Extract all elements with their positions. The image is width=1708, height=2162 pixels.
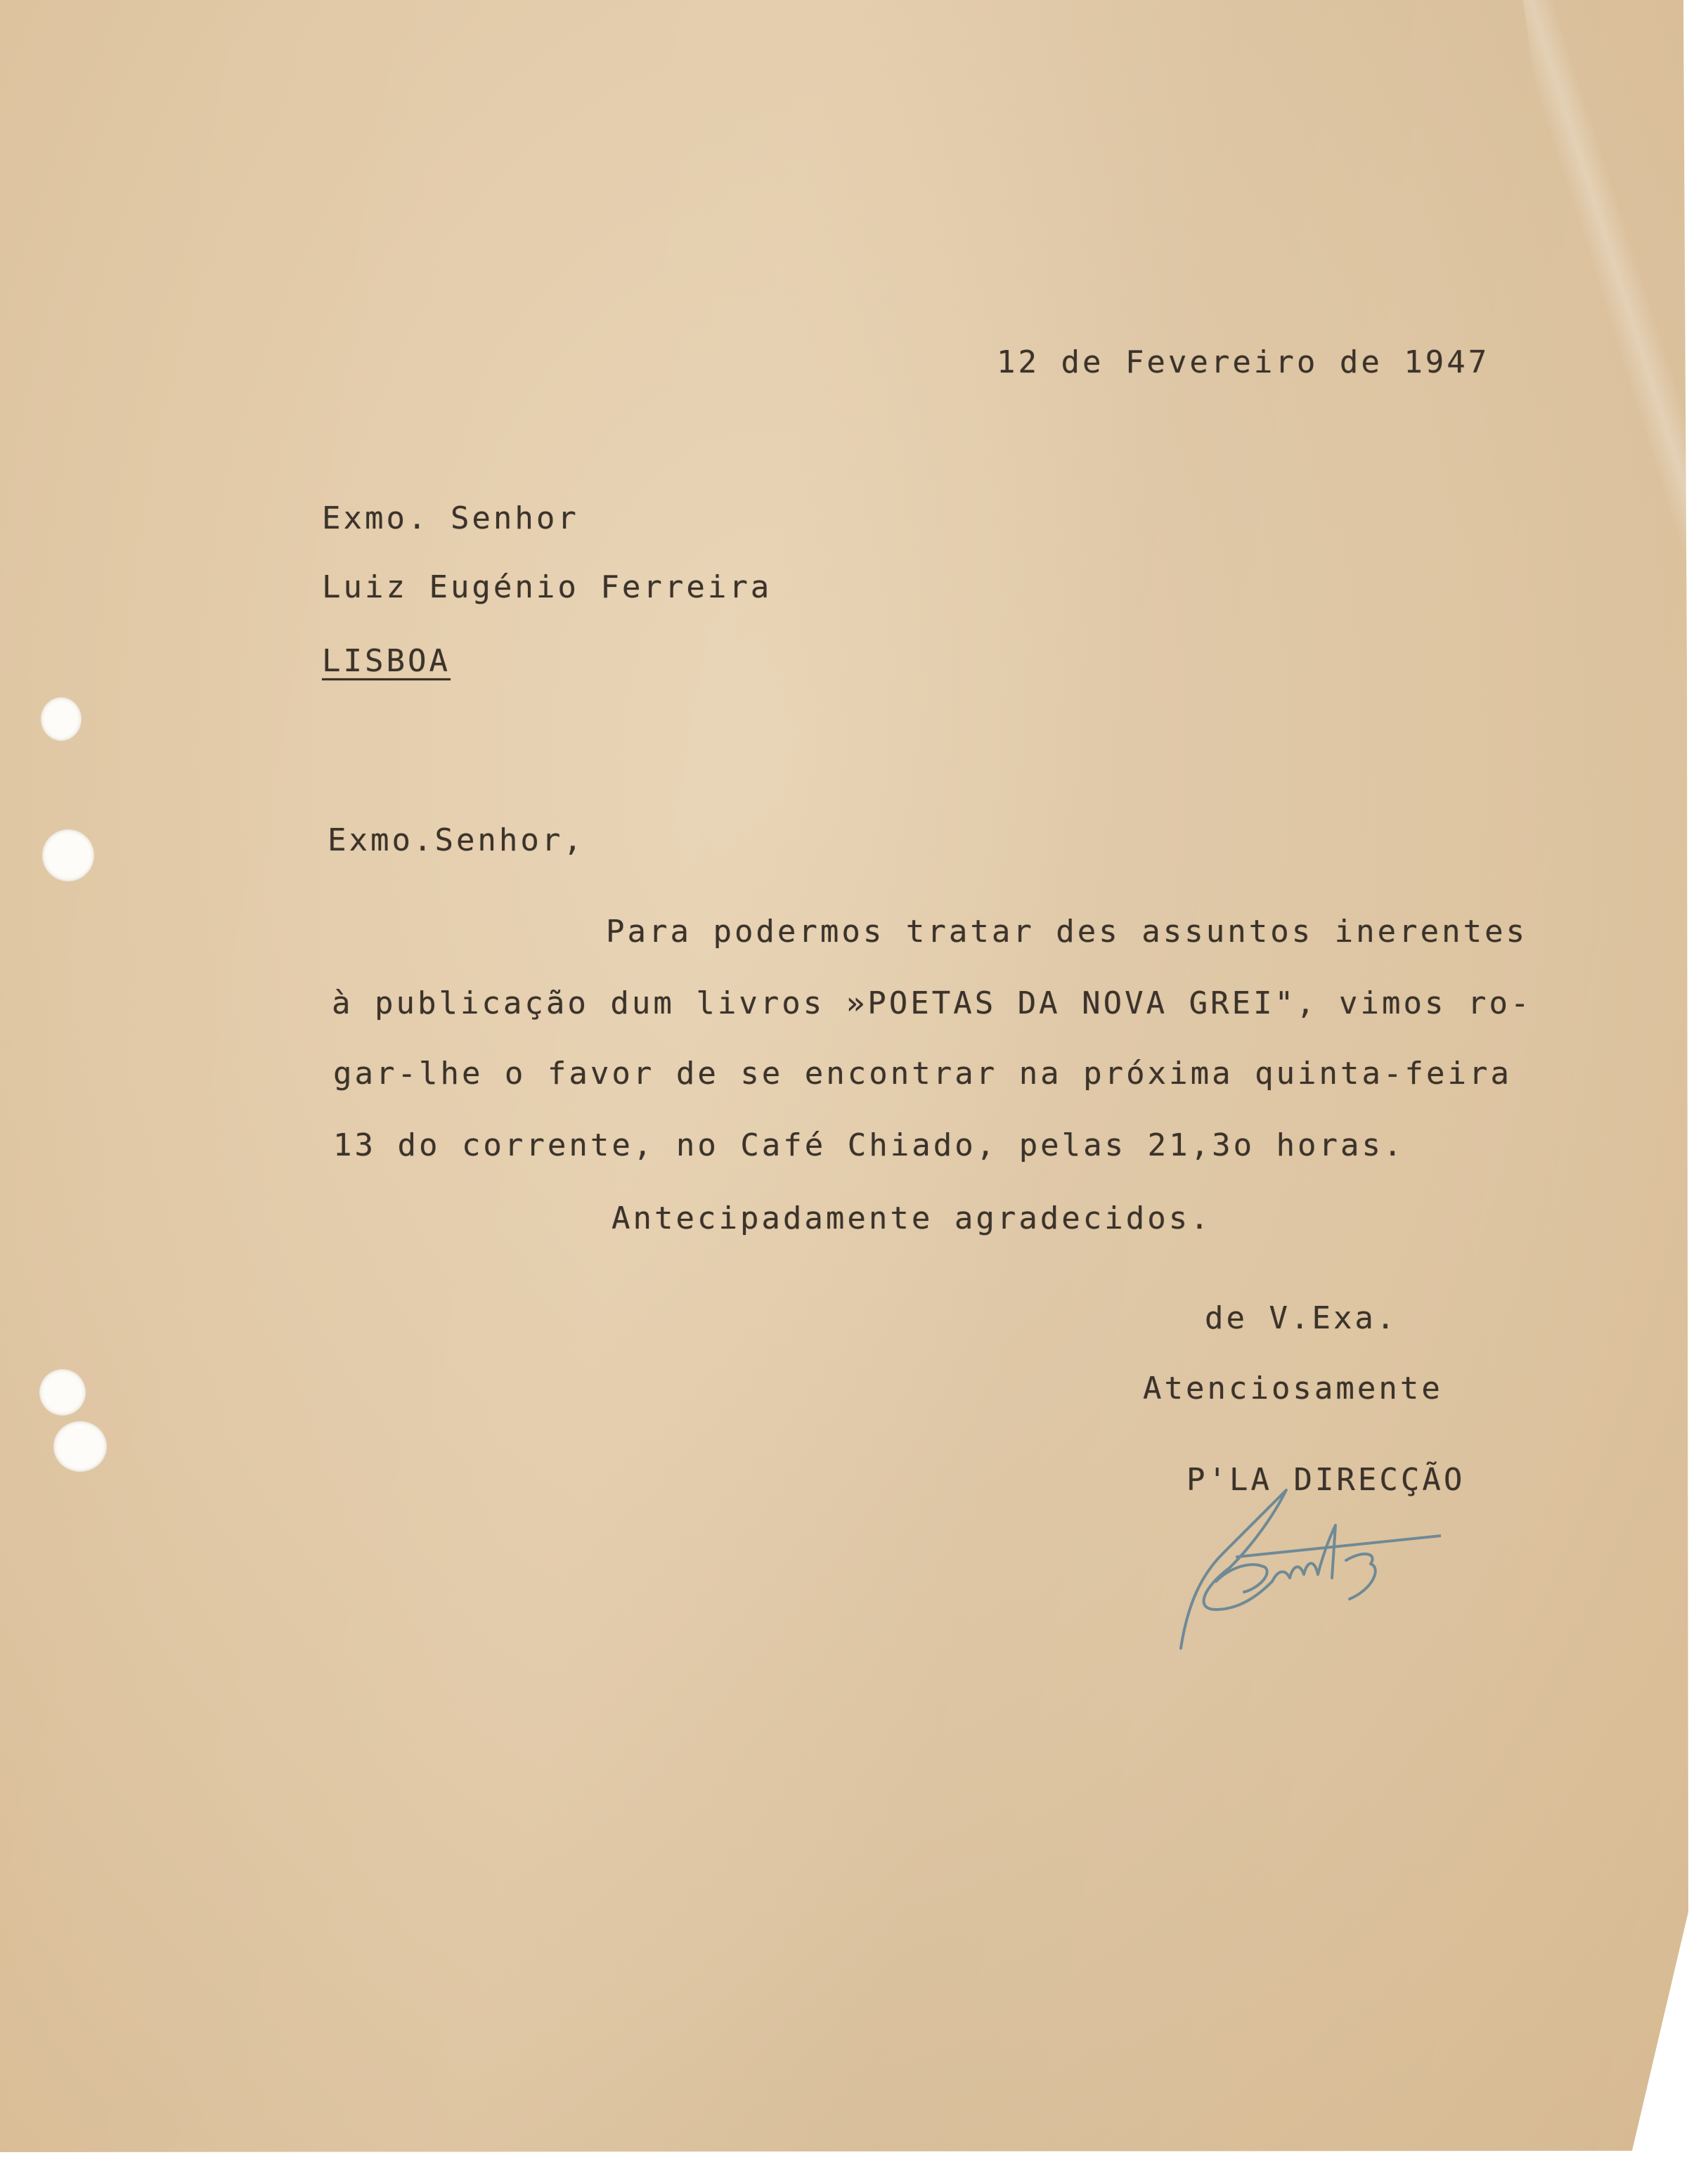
- recipient-name: Luiz Eugénio Ferreira: [322, 569, 772, 605]
- body-line: 13 do corrente, no Café Chiado, pelas 21…: [333, 1127, 1405, 1163]
- body-line: à publicação dum livros »POETAS DA NOVA …: [332, 985, 1532, 1021]
- closing-line-1: de V.Exa.: [1205, 1300, 1397, 1336]
- letter-date: 12 de Fevereiro de 1947: [997, 344, 1489, 380]
- punch-hole: [53, 1421, 107, 1472]
- body-line: gar-lhe o favor de se encontrar na próxi…: [333, 1056, 1512, 1092]
- closing-line-2: Atenciosamente: [1143, 1371, 1443, 1406]
- punch-hole: [42, 829, 94, 881]
- recipient-salutation: Exmo. Senhor: [322, 500, 579, 536]
- punch-hole: [41, 697, 82, 741]
- recipient-city: LISBOA: [322, 643, 451, 679]
- punch-hole: [39, 1369, 86, 1416]
- body-line: Para podermos tratar des assuntos ineren…: [606, 914, 1527, 950]
- paper-sheet: 12 de Fevereiro de 1947 Exmo. Senhor Lui…: [0, 0, 1708, 2162]
- thanks-line: Antecipadamente agradecidos.: [612, 1200, 1212, 1236]
- paper-crease: [1523, 0, 1708, 633]
- greeting: Exmo.Senhor,: [328, 822, 585, 858]
- handwritten-signature: [1174, 1476, 1441, 1659]
